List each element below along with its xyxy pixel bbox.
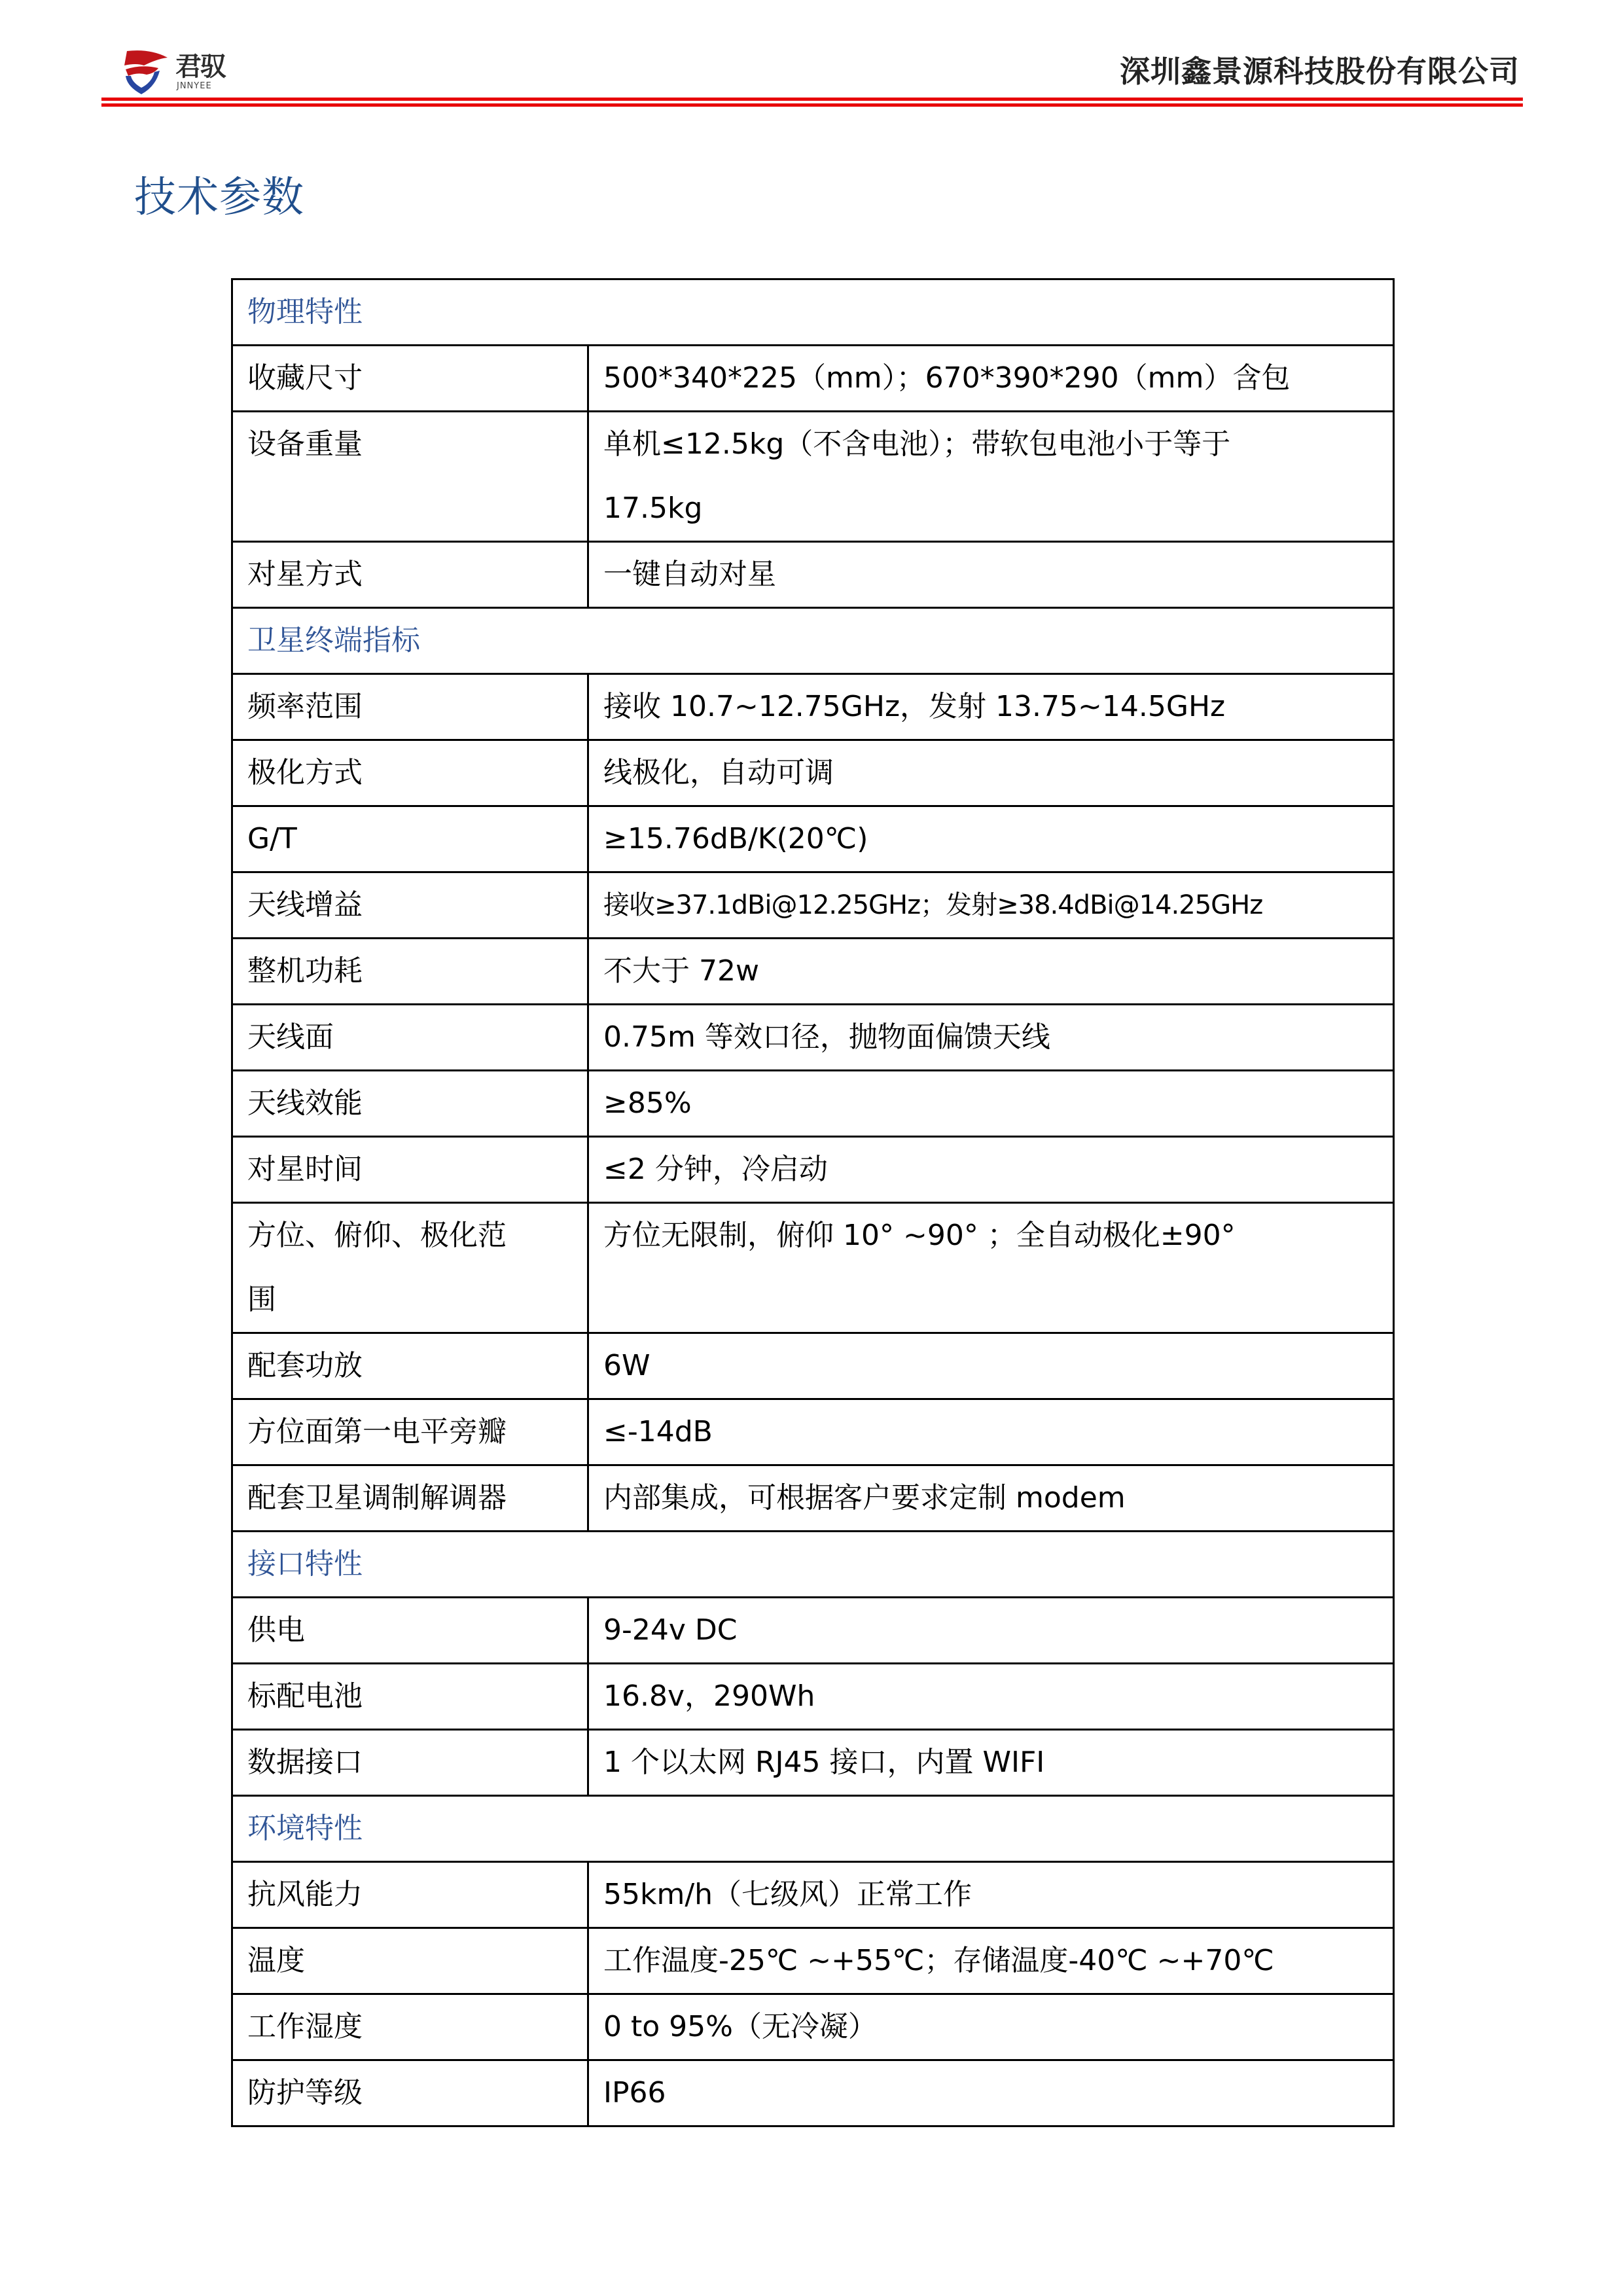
spec-label: 标配电池 <box>232 1664 588 1730</box>
table-row: 配套功放 6W <box>232 1333 1394 1399</box>
shield-logo-icon <box>118 48 170 94</box>
section-title: 环境特性 <box>232 1796 1394 1862</box>
spec-value: 0 to 95%（无冷凝） <box>588 1994 1394 2060</box>
header-rule-top <box>101 98 1523 101</box>
spec-label: 对星时间 <box>232 1137 588 1203</box>
spec-value: 接收≥37.1dBi@12.25GHz；发射≥38.4dBi@14.25GHz <box>588 872 1394 939</box>
spec-label: 天线增益 <box>232 872 588 939</box>
spec-label: 天线面 <box>232 1005 588 1071</box>
section-title: 接口特性 <box>232 1532 1394 1598</box>
table-row: 方位面第一电平旁瓣 ≤-14dB <box>232 1399 1394 1465</box>
spec-label: 温度 <box>232 1928 588 1994</box>
spec-label: 方位、俯仰、极化范 围 <box>232 1203 588 1333</box>
table-row: 收藏尺寸 500*340*225（mm）；670*390*290（mm）含包 <box>232 346 1394 412</box>
spec-value: 接收 10.7~12.75GHz，发射 13.75~14.5GHz <box>588 674 1394 740</box>
table-row: 配套卫星调制解调器 内部集成，可根据客户要求定制 modem <box>232 1465 1394 1532</box>
spec-value: IP66 <box>588 2060 1394 2126</box>
spec-label: 数据接口 <box>232 1730 588 1796</box>
table-row: 整机功耗 不大于 72w <box>232 939 1394 1005</box>
section-title: 物理特性 <box>232 279 1394 346</box>
table-row: 频率范围 接收 10.7~12.75GHz，发射 13.75~14.5GHz <box>232 674 1394 740</box>
spec-label: 配套功放 <box>232 1333 588 1399</box>
spec-value: 16.8v，290Wh <box>588 1664 1394 1730</box>
spec-value: 9-24v DC <box>588 1598 1394 1664</box>
section-row: 卫星终端指标 <box>232 608 1394 674</box>
spec-value: 500*340*225（mm）；670*390*290（mm）含包 <box>588 346 1394 412</box>
table-row: 天线增益 接收≥37.1dBi@12.25GHz；发射≥38.4dBi@14.2… <box>232 872 1394 939</box>
spec-label: 天线效能 <box>232 1071 588 1137</box>
table-row: 天线面 0.75m 等效口径，抛物面偏馈天线 <box>232 1005 1394 1071</box>
table-row: 设备重量 单机≤12.5kg（不含电池）；带软包电池小于等于 17.5kg <box>232 412 1394 542</box>
table-row: 抗风能力 55km/h（七级风）正常工作 <box>232 1862 1394 1928</box>
spec-value: 内部集成，可根据客户要求定制 modem <box>588 1465 1394 1532</box>
spec-label: 抗风能力 <box>232 1862 588 1928</box>
table-row: 数据接口 1 个以太网 RJ45 接口，内置 WIFI <box>232 1730 1394 1796</box>
spec-value: 0.75m 等效口径，抛物面偏馈天线 <box>588 1005 1394 1071</box>
spec-value: ≥85% <box>588 1071 1394 1137</box>
table-row: 标配电池 16.8v，290Wh <box>232 1664 1394 1730</box>
spec-value: 单机≤12.5kg（不含电池）；带软包电池小于等于 17.5kg <box>588 412 1394 542</box>
spec-label: 供电 <box>232 1598 588 1664</box>
table-row: 天线效能 ≥85% <box>232 1071 1394 1137</box>
spec-value: 线极化，自动可调 <box>588 740 1394 806</box>
spec-label: 方位面第一电平旁瓣 <box>232 1399 588 1465</box>
spec-label: 配套卫星调制解调器 <box>232 1465 588 1532</box>
section-title: 卫星终端指标 <box>232 608 1394 674</box>
spec-value: 6W <box>588 1333 1394 1399</box>
table-row: 方位、俯仰、极化范 围 方位无限制，俯仰 10° ~90° ；全自动极化±90° <box>232 1203 1394 1333</box>
company-name: 深圳鑫景源科技股份有限公司 <box>1120 52 1520 90</box>
header-rule-bottom <box>101 103 1523 107</box>
table-row: 防护等级 IP66 <box>232 2060 1394 2126</box>
spec-value: ≥15.76dB/K(20℃) <box>588 806 1394 872</box>
spec-label: 收藏尺寸 <box>232 346 588 412</box>
spec-label: G/T <box>232 806 588 872</box>
spec-label: 整机功耗 <box>232 939 588 1005</box>
spec-label: 极化方式 <box>232 740 588 806</box>
table-row: G/T ≥15.76dB/K(20℃) <box>232 806 1394 872</box>
spec-value: 不大于 72w <box>588 939 1394 1005</box>
section-row: 接口特性 <box>232 1532 1394 1598</box>
spec-value: ≤2 分钟，冷启动 <box>588 1137 1394 1203</box>
spec-table: 物理特性 收藏尺寸 500*340*225（mm）；670*390*290（mm… <box>231 278 1395 2127</box>
spec-value: 方位无限制，俯仰 10° ~90° ；全自动极化±90° <box>588 1203 1394 1333</box>
spec-label: 对星方式 <box>232 542 588 608</box>
spec-label: 设备重量 <box>232 412 588 542</box>
section-row: 物理特性 <box>232 279 1394 346</box>
spec-value: 一键自动对星 <box>588 542 1394 608</box>
logo-text-en: JNNYEE <box>177 81 212 92</box>
logo-text-cn: 君驭 <box>175 52 225 81</box>
table-row: 供电 9-24v DC <box>232 1598 1394 1664</box>
spec-value: 1 个以太网 RJ45 接口，内置 WIFI <box>588 1730 1394 1796</box>
spec-value: ≤-14dB <box>588 1399 1394 1465</box>
spec-label: 频率范围 <box>232 674 588 740</box>
spec-value: 55km/h（七级风）正常工作 <box>588 1862 1394 1928</box>
table-row: 工作湿度 0 to 95%（无冷凝） <box>232 1994 1394 2060</box>
table-row: 极化方式 线极化，自动可调 <box>232 740 1394 806</box>
spec-label: 工作湿度 <box>232 1994 588 2060</box>
spec-label: 防护等级 <box>232 2060 588 2126</box>
table-row: 温度 工作温度-25℃ ~+55℃；存储温度-40℃ ~+70℃ <box>232 1928 1394 1994</box>
company-logo: 君驭 JNNYEE <box>118 48 236 96</box>
section-row: 环境特性 <box>232 1796 1394 1862</box>
table-row: 对星时间 ≤2 分钟，冷启动 <box>232 1137 1394 1203</box>
page-title: 技术参数 <box>134 171 304 224</box>
table-row: 对星方式 一键自动对星 <box>232 542 1394 608</box>
spec-value: 工作温度-25℃ ~+55℃；存储温度-40℃ ~+70℃ <box>588 1928 1394 1994</box>
